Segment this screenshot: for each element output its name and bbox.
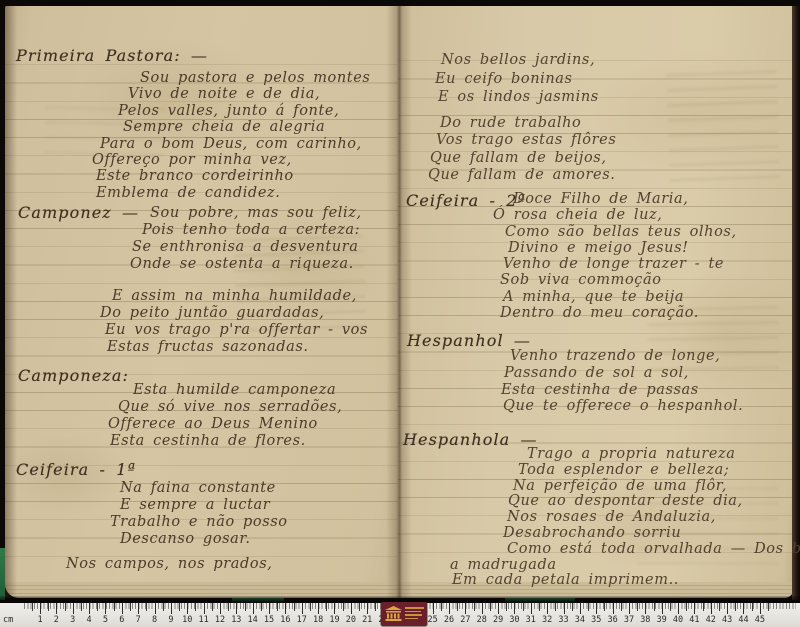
ruler-number: 29 [493, 615, 503, 625]
ruler-half-cm-tick [588, 603, 589, 611]
ruler-number: 38 [640, 615, 650, 625]
ruler-half-cm-tick [146, 603, 147, 611]
ruler-cm-tick [743, 603, 744, 614]
ruler-cm-tick [482, 603, 483, 614]
ruler-cm-tick [56, 603, 57, 614]
ruler-number: 1 [37, 615, 42, 625]
ruler-cm-tick [155, 603, 156, 614]
book-cover-edge [792, 0, 800, 600]
ruler-half-cm-tick [163, 603, 164, 611]
ruler-cm-tick [564, 603, 565, 614]
ruler-number: 44 [738, 615, 748, 625]
ruler-half-cm-tick [195, 603, 196, 611]
ruler-number: 7 [136, 615, 141, 625]
ruler-cm-tick [531, 603, 532, 614]
ruler-half-cm-tick [212, 603, 213, 611]
ruler-cm-tick [662, 603, 663, 614]
ruler-cm-tick [122, 603, 123, 614]
ruled-lines [398, 43, 794, 568]
ruler-half-cm-tick [768, 603, 769, 611]
ruler-cm-tick [449, 603, 450, 614]
ruler-number: 20 [346, 615, 356, 625]
ink-bleed-through [638, 475, 778, 575]
ruler-cm-tick [253, 603, 254, 614]
ruler-number: 30 [509, 615, 519, 625]
ruler-half-cm-tick [735, 603, 736, 611]
ruler-cm-tick [711, 603, 712, 614]
ruler-half-cm-tick [539, 603, 540, 611]
ruler-number: 2 [54, 615, 59, 625]
ruler-cm-tick [269, 603, 270, 614]
ruler-half-cm-tick [572, 603, 573, 611]
ruler-half-cm-tick [326, 603, 327, 611]
ruler-half-cm-tick [261, 603, 262, 611]
ruler-number: 18 [313, 615, 323, 625]
ruler-cm-tick [40, 603, 41, 614]
ruler-half-cm-tick [441, 603, 442, 611]
ruler-cm-tick [351, 603, 352, 614]
ruler-number: 31 [526, 615, 536, 625]
ruler-number: 21 [362, 615, 372, 625]
book-binding-edge [5, 5, 17, 598]
ruler-half-cm-tick [245, 603, 246, 611]
ruler-cm-tick [613, 603, 614, 614]
ruler-half-cm-tick [48, 603, 49, 611]
ruler-number: 17 [297, 615, 307, 625]
ruler-half-cm-tick [506, 603, 507, 611]
photo-top-shadow [0, 0, 800, 6]
ruler-number: 35 [591, 615, 601, 625]
ruler-half-cm-tick [114, 603, 115, 611]
ruler-number: 4 [87, 615, 92, 625]
notebook-photograph: Primeira Pastora: —Sou pastora e pelos m… [0, 0, 800, 627]
ruler-half-cm-tick [294, 603, 295, 611]
book-gutter [386, 4, 412, 598]
ruler-cm-tick [302, 603, 303, 614]
ruler-number: 6 [119, 615, 124, 625]
ruler-half-cm-tick [703, 603, 704, 611]
ruler-number: 5 [103, 615, 108, 625]
ink-bleed-through [647, 294, 778, 376]
ruler-half-cm-tick [130, 603, 131, 611]
ruler-number: 15 [264, 615, 274, 625]
watermark-text-lines [405, 607, 424, 621]
ruler-half-cm-tick [359, 603, 360, 611]
notebook-page-left [5, 5, 398, 598]
ruler-cm-tick [220, 603, 221, 614]
ruler-number: 42 [706, 615, 716, 625]
ruler-half-cm-tick [375, 603, 376, 611]
ruler-number: 33 [558, 615, 568, 625]
ruler-number: 3 [70, 615, 75, 625]
ruler-number: 28 [477, 615, 487, 625]
ruler-number: 25 [428, 615, 438, 625]
ruler-number: 12 [215, 615, 225, 625]
ruler-number: 19 [329, 615, 339, 625]
ruler-cm-tick [138, 603, 139, 614]
ruler-number: 34 [575, 615, 585, 625]
ruler-half-cm-tick [670, 603, 671, 611]
ruler-number: 10 [182, 615, 192, 625]
ruler-cm-tick [596, 603, 597, 614]
ruler-half-cm-tick [490, 603, 491, 611]
ruler-cm-tick [236, 603, 237, 614]
ruler-half-cm-tick [343, 603, 344, 611]
ruler-cm-tick [89, 603, 90, 614]
ruler-cm-tick [204, 603, 205, 614]
ruler-unit-label: cm [3, 615, 13, 625]
ruler-half-cm-tick [228, 603, 229, 611]
ruler-number: 39 [657, 615, 667, 625]
archive-watermark-badge [381, 602, 427, 626]
ruler-number: 9 [168, 615, 173, 625]
ink-bleed-through [233, 223, 367, 337]
ruler-number: 8 [152, 615, 157, 625]
ruler-number: 45 [755, 615, 765, 625]
ruler-cm-tick [645, 603, 646, 614]
ruler-cm-tick [498, 603, 499, 614]
ruler-half-cm-tick [474, 603, 475, 611]
ruler-half-cm-tick [621, 603, 622, 611]
ruled-lines [5, 47, 398, 572]
ruler-number: 13 [231, 615, 241, 625]
library-building-icon [385, 606, 402, 621]
ruler-half-cm-tick [277, 603, 278, 611]
ruler-cm-tick [678, 603, 679, 614]
ink-bleed-through [666, 58, 780, 192]
notebook-page-right [398, 5, 794, 598]
ruler-half-cm-tick [555, 603, 556, 611]
ruler-cm-tick [465, 603, 466, 614]
ruler-cm-tick [187, 603, 188, 614]
ruler-cm-tick [367, 603, 368, 614]
ruler-cm-tick [547, 603, 548, 614]
ruler-half-cm-tick [654, 603, 655, 611]
ruler-number: 40 [673, 615, 683, 625]
ruler-cm-tick [171, 603, 172, 614]
ruler-half-cm-tick [604, 603, 605, 611]
ruler-number: 43 [722, 615, 732, 625]
ruler-half-cm-tick [310, 603, 311, 611]
ruler-cm-tick [694, 603, 695, 614]
ruler-cm-tick [433, 603, 434, 614]
ruler-cm-tick [629, 603, 630, 614]
ruler-cm-tick [514, 603, 515, 614]
ruler-cm-tick [73, 603, 74, 614]
ruler-number: 37 [624, 615, 634, 625]
ruler-number: 16 [280, 615, 290, 625]
ruler-cm-tick [334, 603, 335, 614]
ruler-half-cm-tick [686, 603, 687, 611]
ink-bleed-through [44, 94, 165, 166]
ruler-cm-tick [580, 603, 581, 614]
ruler-cm-tick [318, 603, 319, 614]
ruler-cm-tick [285, 603, 286, 614]
ruler-half-cm-tick [81, 603, 82, 611]
ruler-half-cm-tick [65, 603, 66, 611]
ruler-half-cm-tick [97, 603, 98, 611]
ruler-number: 14 [248, 615, 258, 625]
ruler-half-cm-tick [523, 603, 524, 611]
ruler-half-cm-tick [457, 603, 458, 611]
ruler-half-cm-tick [752, 603, 753, 611]
ruler-half-cm-tick [179, 603, 180, 611]
ruler-cm-tick [760, 603, 761, 614]
ruler-half-cm-tick [32, 603, 33, 611]
ruler-number: 27 [460, 615, 470, 625]
ruler-half-cm-tick [637, 603, 638, 611]
ruler-number: 32 [542, 615, 552, 625]
ruler-number: 36 [607, 615, 617, 625]
ruler-cm-tick [105, 603, 106, 614]
ruler-half-cm-tick [719, 603, 720, 611]
ruler-number: 41 [689, 615, 699, 625]
ruler-cm-tick [727, 603, 728, 614]
ruler-number: 11 [198, 615, 208, 625]
ruler-number: 26 [444, 615, 454, 625]
